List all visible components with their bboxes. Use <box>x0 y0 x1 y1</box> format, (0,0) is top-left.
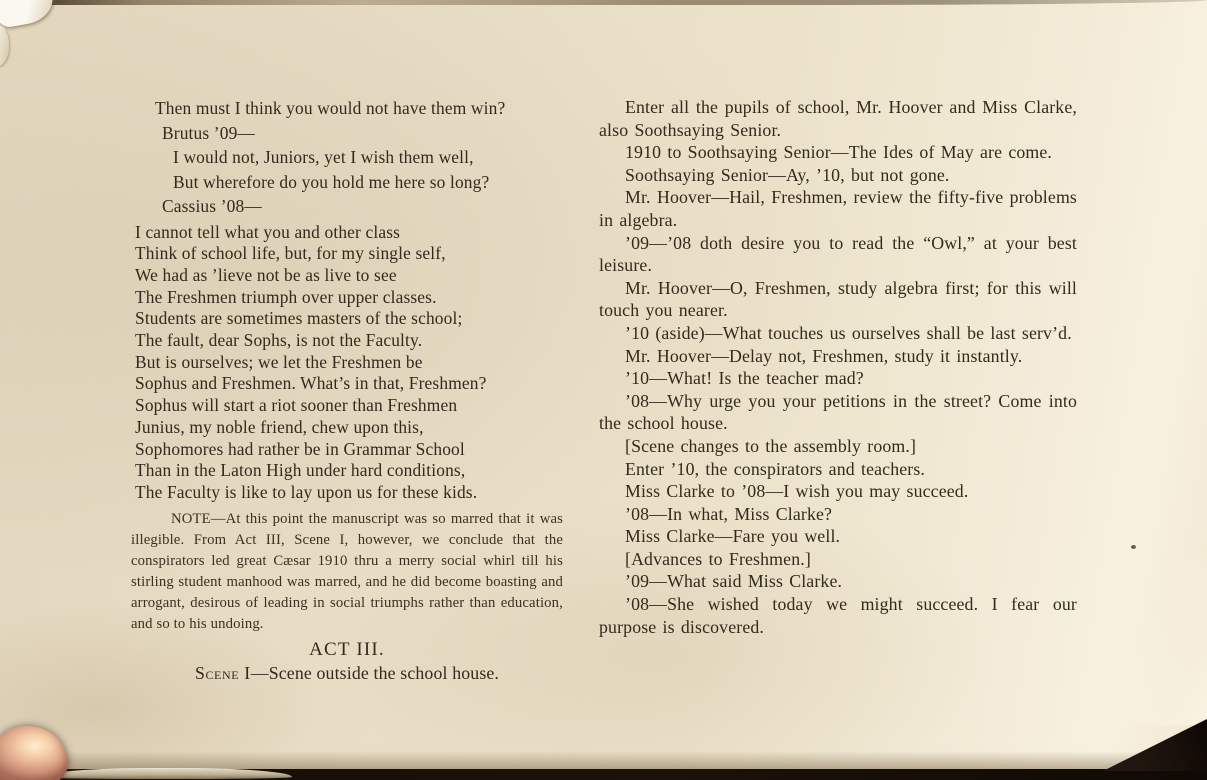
scene-description: —Scene outside the school house. <box>251 663 499 683</box>
ink-speck <box>1131 545 1136 549</box>
dialogue-paragraph: ’08—She wished today we might succeed. I… <box>599 593 1077 638</box>
verse-line: The Faculty is like to lay upon us for t… <box>135 482 563 504</box>
verse-line: I cannot tell what you and other class <box>135 222 563 244</box>
dialogue-paragraph: Miss Clarke—Fare you well. <box>599 525 1077 548</box>
dialogue-paragraph: Miss Clarke to ’08—I wish you may succee… <box>599 480 1077 503</box>
dialogue-paragraph: 1910 to Soothsaying Senior—The Ides of M… <box>599 141 1077 164</box>
verse-line: But is ourselves; we let the Freshmen be <box>135 352 563 374</box>
dialogue-line: Then must I think you would not have the… <box>131 96 563 121</box>
verse-line: Sophus and Freshmen. What’s in that, Fre… <box>135 373 563 395</box>
right-column: Enter all the pupils of school, Mr. Hoov… <box>599 96 1077 638</box>
verse-line: The fault, dear Sophs, is not the Facult… <box>135 330 563 352</box>
dialogue-paragraph: ’08—Why urge you your petitions in the s… <box>599 390 1077 435</box>
underlying-pages-edge <box>42 768 292 779</box>
verse-line: Sophus will start a riot sooner than Fre… <box>135 395 563 417</box>
scene-heading: Scene I—Scene outside the school house. <box>131 663 563 684</box>
dialogue-paragraph: Mr. Hoover—Hail, Freshmen, review the fi… <box>599 186 1077 231</box>
speaker-brutus: Brutus ’09— <box>162 121 563 146</box>
verse-line: We had as ’lieve not be as live to see <box>135 265 563 287</box>
stage-direction: [Advances to Freshmen.] <box>599 548 1077 571</box>
dialogue-paragraph: Mr. Hoover—O, Freshmen, study algebra fi… <box>599 277 1077 322</box>
verse-line: I would not, Juniors, yet I wish them we… <box>173 145 563 170</box>
verse-line: But wherefore do you hold me here so lon… <box>173 170 563 195</box>
verse-line: Students are sometimes masters of the sc… <box>135 308 563 330</box>
dialogue-paragraph: Soothsaying Senior—Ay, ’10, but not gone… <box>599 164 1077 187</box>
dialogue-paragraph: ’09—’08 doth desire you to read the “​Ow… <box>599 232 1077 277</box>
dialogue-paragraph: ’09—What said Miss Clarke. <box>599 570 1077 593</box>
verse-line: Think of school life, but, for my single… <box>135 243 563 265</box>
dialogue-paragraph: ’10—What! Is the teacher mad? <box>599 367 1077 390</box>
dialogue-paragraph: Mr. Hoover—Delay not, Freshmen, study it… <box>599 345 1077 368</box>
verse-line: The Freshmen triumph over upper classes. <box>135 287 563 309</box>
brutus-verse: I would not, Juniors, yet I wish them we… <box>131 145 563 194</box>
act-heading: ACT III. <box>131 639 563 661</box>
stage-direction: Enter ’10, the conspirators and teachers… <box>599 458 1077 481</box>
book-scan: Then must I think you would not have the… <box>0 0 1207 780</box>
stage-direction: [Scene changes to the assembly room.] <box>599 435 1077 458</box>
left-column: Then must I think you would not have the… <box>131 96 563 684</box>
scene-label: Scene I <box>195 663 251 683</box>
dialogue-paragraph: Enter all the pupils of school, Mr. Hoov… <box>599 96 1077 141</box>
verse-line: Sophomores had rather be in Grammar Scho… <box>135 439 563 461</box>
verse-line: Junius, my noble friend, chew upon this, <box>135 417 563 439</box>
verse-line: Than in the Laton High under hard condit… <box>135 460 563 482</box>
editor-note: NOTE—At this point the manuscript was so… <box>131 509 563 635</box>
speaker-cassius: Cassius ’08— <box>162 194 563 219</box>
cassius-verse: I cannot tell what you and other class T… <box>131 222 563 504</box>
dialogue-paragraph: ’08—In what, Miss Clarke? <box>599 503 1077 526</box>
dialogue-paragraph: ’10 (aside)—What touches us ourselves sh… <box>599 322 1077 345</box>
